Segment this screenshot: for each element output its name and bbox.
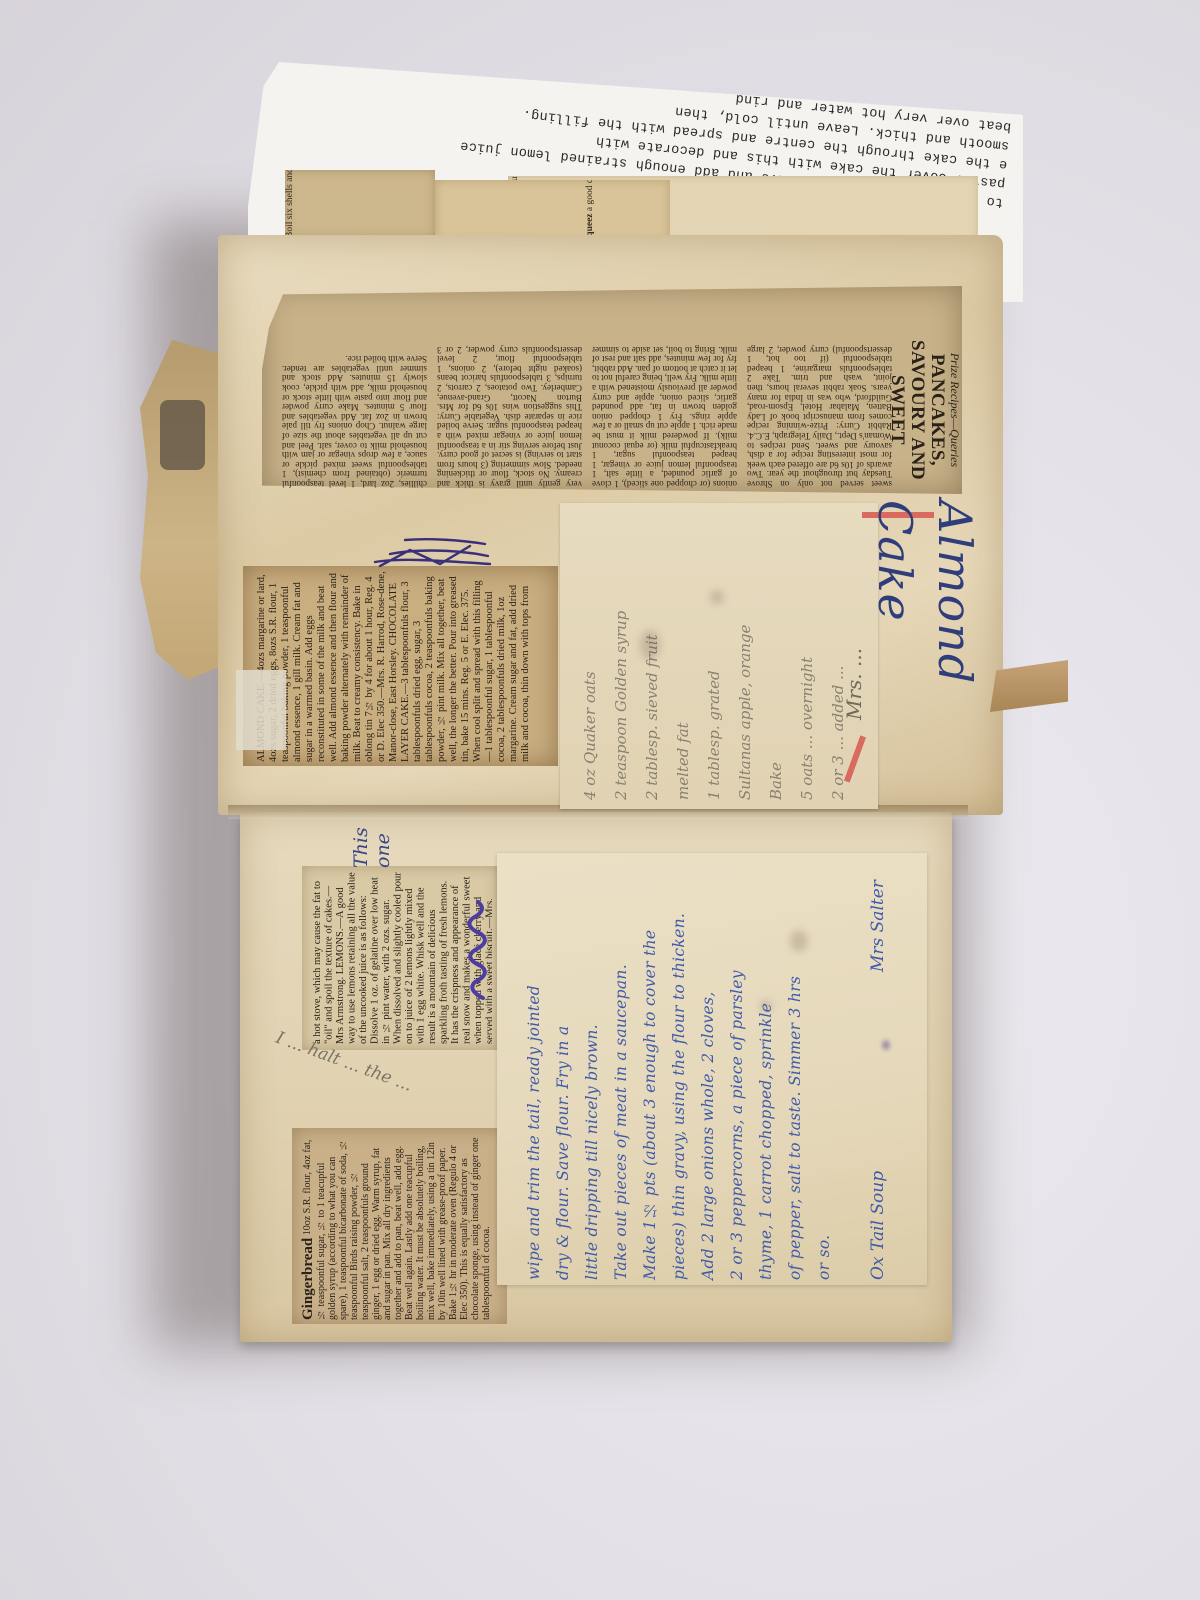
almond-cake-handwritten-heading: Almond Cake	[905, 500, 985, 820]
stain	[710, 590, 724, 604]
oxtail-line: little dripping till nicely brown.	[578, 870, 607, 1280]
ink-squiggle	[463, 900, 493, 1000]
oxtail-header: Ox Tail Soup Mrs Salter	[868, 880, 908, 1280]
oxtail-line: wipe and trim the tail, ready jointed	[520, 870, 549, 1280]
oxtail-line: Take out pieces of meat in a saucepan.	[607, 870, 636, 1280]
gingerbread-body: 10oz S.R. flour, 4oz fat, ½ teaspoonful …	[302, 1138, 492, 1320]
oxtail-line: dry & flour. Save flour. Fry in a	[549, 870, 578, 1280]
oxtail-title: Ox Tail Soup	[868, 1171, 908, 1280]
oxtail-line: pieces) thin gravy, using the flour to t…	[665, 870, 694, 1280]
pencil-line: melted fat	[668, 515, 699, 800]
pencil-line: 4 oz Quaker oats	[575, 515, 606, 800]
pencil-recipe-lines: 4 oz Quaker oats 2 teaspoon Golden syrup…	[575, 515, 865, 800]
ink-scribble	[370, 530, 500, 570]
oxtail-line: Make 1½ pts (about 3 enough to cover the	[636, 870, 665, 1280]
handwritten-this-one: This one	[350, 818, 430, 868]
oxtail-line: of pepper, salt to taste. Simmer 3 hrs	[781, 870, 810, 1280]
clipping-squeeze: Squeez a good dea been exe the host	[435, 180, 670, 242]
clipping-text: Squeez a good dea been exe the host	[585, 180, 645, 242]
oxtail-attribution: Mrs Salter	[868, 880, 908, 972]
almond-cake-article-body: ALMOND CAKE.—4ozs margarine or lard, 4oz…	[256, 570, 548, 762]
stain	[640, 630, 660, 660]
clipping-text: Boil six shells and Make a t tablespoon …	[285, 170, 435, 238]
pancakes-headline: Prize Recipes—Queries PANCAKES, SAVOURY …	[902, 310, 962, 510]
oxtail-line: Add 2 large onions whole, 2 cloves,	[694, 870, 723, 1280]
pencil-line: 5 oats ... overnight	[792, 515, 823, 800]
oxtail-line: or so.	[810, 870, 839, 1280]
pancakes-article-body: sweet served not only on Shrove Tuesday …	[282, 292, 892, 488]
clipping-boil-shells: Boil six shells and Make a t tablespoon …	[285, 170, 435, 238]
tape-stain	[160, 400, 205, 470]
pencil-line: Sultanas apple, orange	[730, 515, 761, 800]
oxtail-recipe-lines: wipe and trim the tail, ready jointed dr…	[520, 870, 870, 1280]
oxtail-line: 2 or 3 peppercorns, a piece of parsley	[723, 870, 752, 1280]
pencil-line: 1 tablesp. grated	[699, 515, 730, 800]
pencil-line: Bake	[761, 515, 792, 800]
gingerbread-title: Gingerbread	[300, 1238, 316, 1320]
gingerbread-article: Gingerbread 10oz S.R. flour, 4oz fat, ½ …	[300, 1134, 500, 1320]
pencil-line: 2 teaspoon Golden syrup	[606, 515, 637, 800]
pancakes-title: PANCAKES, SAVOURY AND SWEET	[887, 310, 947, 510]
pancakes-kicker: Prize Recipes—Queries	[947, 310, 962, 510]
oxtail-line: thyme, 1 carrot chopped, sprinkle	[752, 870, 781, 1280]
tape-piece	[236, 670, 286, 750]
torn-clipping-edge	[140, 340, 220, 680]
